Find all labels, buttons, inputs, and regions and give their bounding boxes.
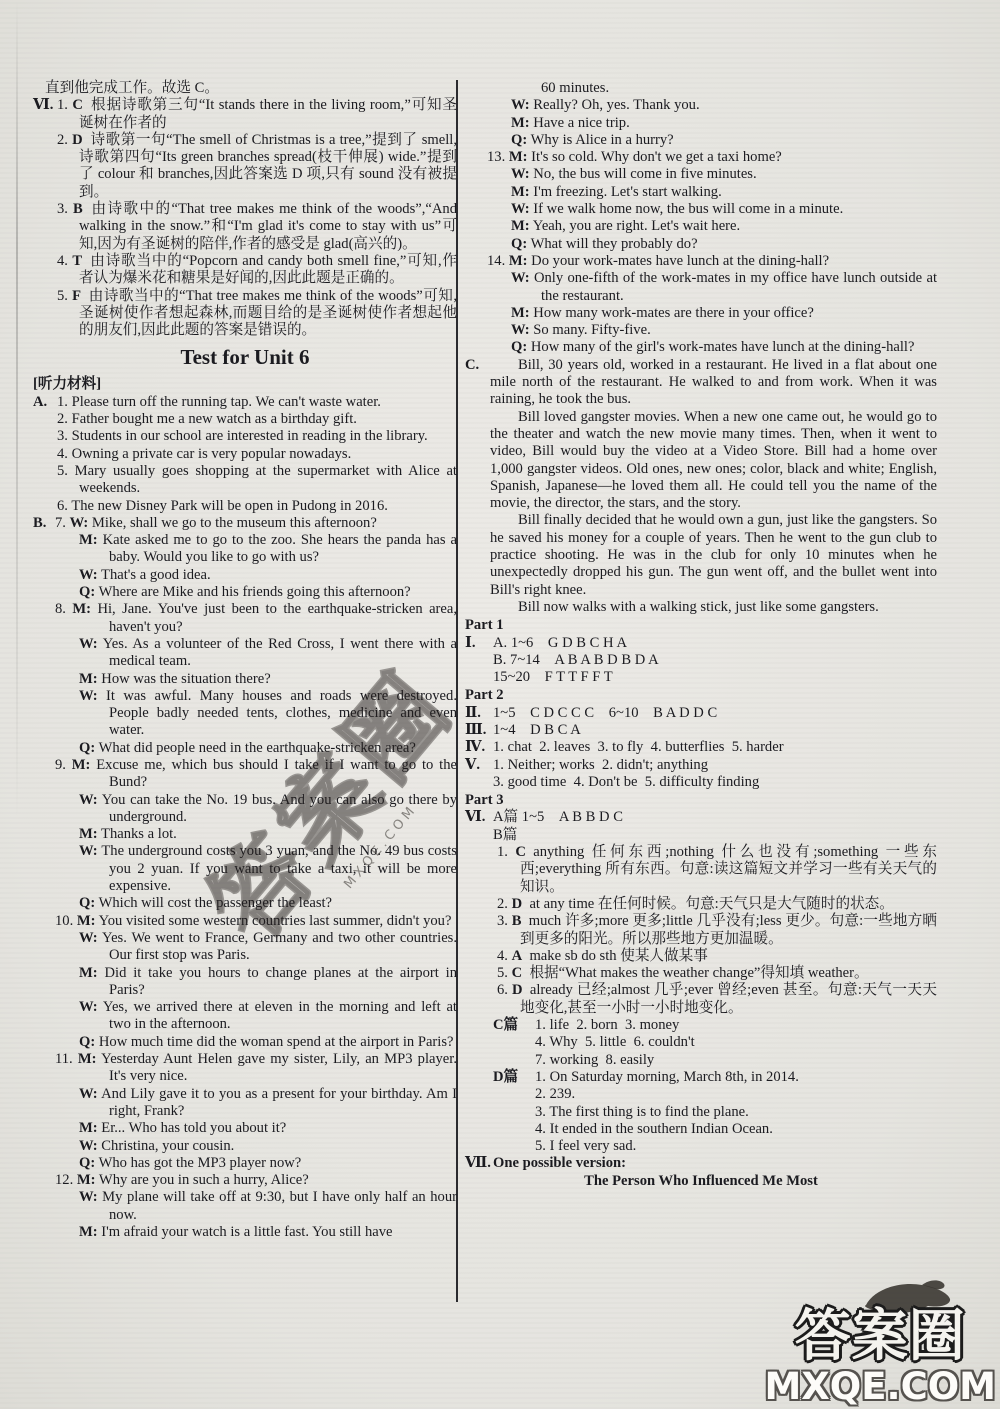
text-line: 6. D already 已经;almost 几乎;ever 曾经;even 甚…: [465, 982, 937, 1017]
text-line: B篇: [465, 827, 937, 844]
text-line: 2. D at any time 在任何时候。句意:天气只是大气随时的状态。: [465, 896, 937, 913]
list-marker: Ⅴ.: [465, 757, 480, 774]
text-line: M: I'm afraid your watch is a little fas…: [33, 1224, 457, 1241]
logo-site-name: 答案圈: [764, 1309, 996, 1365]
text-line: Part 1: [465, 617, 937, 634]
text-line: 5. F 由诗歌当中的“That tree makes me think of …: [33, 288, 457, 340]
text-line: Bill now walks with a walking stick, jus…: [465, 599, 937, 616]
answer-column-left: 直到他完成工作。故选 C。Ⅵ.1. C 根据诗歌第三句“It stands th…: [33, 80, 457, 1241]
text-line: W: Really? Oh, yes. Thank you.: [465, 97, 937, 114]
text-line: 3. Students in our school are interested…: [33, 428, 457, 445]
text-line: Ⅱ.1~5 C D C C C 6~10 B A D D C: [465, 705, 937, 722]
text-line: W: So many. Fifty-five.: [465, 322, 937, 339]
text-line: 60 minutes.: [465, 80, 937, 97]
text-line: Ⅰ.A. 1~6 G D B C H A: [465, 635, 937, 652]
list-marker: Ⅳ.: [465, 739, 485, 756]
list-marker: C.: [465, 357, 479, 374]
text-line: M: Have a nice trip.: [465, 115, 937, 132]
text-line: 14. M: Do your work-mates have lunch at …: [465, 253, 937, 270]
text-line: Ⅶ.One possible version:: [465, 1155, 937, 1172]
text-line: W: Yes. As a volunteer of the Red Cross,…: [33, 636, 457, 671]
text-line: 3. The first thing is to find the plane.: [465, 1104, 937, 1121]
text-line: M: How many work-mates are there in your…: [465, 305, 937, 322]
text-line: 4. A make sb do sth 使某人做某事: [465, 948, 937, 965]
text-line: 4. Why 5. little 6. couldn't: [465, 1034, 937, 1051]
text-line: Q: Why is Alice in a hurry?: [465, 132, 937, 149]
text-line: Q: Who has got the MP3 player now?: [33, 1155, 457, 1172]
text-line: W: It was awful. Many houses and roads w…: [33, 688, 457, 740]
text-line: M: Er... Who has told you about it?: [33, 1120, 457, 1137]
text-line: [听力材料]: [33, 376, 457, 393]
text-line: W: Yes. We went to France, Germany and t…: [33, 930, 457, 965]
text-line: Q: Where are Mike and his friends going …: [33, 584, 457, 601]
logo-domain: MXQE.COM: [764, 1368, 996, 1405]
site-logo: 答案圈 MXQE.COM: [764, 1309, 996, 1405]
text-line: W: No, the bus will come in five minutes…: [465, 166, 937, 183]
text-line: D篇1. On Saturday morning, March 8th, in …: [465, 1069, 937, 1086]
text-line: W: Yes, we arrived there at eleven in th…: [33, 999, 457, 1034]
text-line: Ⅵ.A篇 1~5 A B B D C: [465, 809, 937, 826]
text-line: Ⅵ.1. C 根据诗歌第三句“It stands there in the li…: [33, 97, 457, 132]
list-marker: D篇: [493, 1069, 518, 1086]
text-line: Q: How many of the girl's work-mates hav…: [465, 339, 937, 356]
text-line: W: Only one-fifth of the work-mates in m…: [465, 270, 937, 305]
text-line: 3. B 由诗歌中的“That tree makes me think of t…: [33, 201, 457, 253]
text-line: 8. M: Hi, Jane. You've just been to the …: [33, 601, 457, 636]
text-line: W: That's a good idea.: [33, 567, 457, 584]
text-line: Part 3: [465, 792, 937, 809]
text-line: C.Bill, 30 years old, worked in a restau…: [465, 357, 937, 409]
text-line: 直到他完成工作。故选 C。: [33, 80, 457, 97]
text-line: M: Yeah, you are right. Let's wait here.: [465, 218, 937, 235]
text-line: 4. T 由诗歌当中的“Popcorn and candy both smell…: [33, 253, 457, 288]
text-line: B. 7~14 A B A B D B D A: [465, 652, 937, 669]
text-line: 3. good time 4. Don't be 5. difficulty f…: [465, 774, 937, 791]
text-line: B.7. W: Mike, shall we go to the museum …: [33, 515, 457, 532]
text-line: W: You can take the No. 19 bus. And you …: [33, 792, 457, 827]
text-line: 5. I feel very sad.: [465, 1138, 937, 1155]
text-line: 5. Mary usually goes shopping at the sup…: [33, 463, 457, 498]
text-line: Bill loved gangster movies. When a new o…: [465, 409, 937, 513]
text-line: A.1. Please turn off the running tap. We…: [33, 394, 457, 411]
text-line: 6. The new Disney Park will be open in P…: [33, 498, 457, 515]
list-marker: Ⅵ.: [465, 809, 485, 826]
text-line: Ⅲ.1~4 D B C A: [465, 722, 937, 739]
list-marker: A.: [33, 394, 47, 411]
list-marker: Ⅰ.: [465, 635, 475, 652]
page-crease: [16, 0, 18, 820]
text-line: Ⅳ.1. chat 2. leaves 3. to fly 4. butterf…: [465, 739, 937, 756]
scanned-answer-page: 直到他完成工作。故选 C。Ⅵ.1. C 根据诗歌第三句“It stands th…: [0, 0, 1000, 1409]
text-line: Q: What did people need in the earthquak…: [33, 740, 457, 757]
text-line: Q: How much time did the woman spend at …: [33, 1034, 457, 1051]
text-line: W: If we walk home now, the bus will com…: [465, 201, 937, 218]
list-marker: C篇: [493, 1017, 518, 1034]
text-line: 4. It ended in the southern Indian Ocean…: [465, 1121, 937, 1138]
text-line: Q: What will they probably do?: [465, 236, 937, 253]
text-line: Ⅴ.1. Neither; works 2. didn't; anything: [465, 757, 937, 774]
text-line: W: The underground costs you 3 yuan, and…: [33, 843, 457, 895]
text-line: 2. D 诗歌第一句“The smell of Christmas is a t…: [33, 132, 457, 201]
text-line: 2. 239.: [465, 1086, 937, 1103]
answer-column-right: 60 minutes.W: Really? Oh, yes. Thank you…: [465, 80, 937, 1190]
list-marker: Ⅲ.: [465, 722, 486, 739]
text-line: 4. Owning a private car is very popular …: [33, 446, 457, 463]
text-line: Bill finally decided that he would own a…: [465, 512, 937, 598]
list-marker: Ⅶ.: [465, 1155, 491, 1172]
text-line: M: Thanks a lot.: [33, 826, 457, 843]
text-line: Part 2: [465, 687, 937, 704]
text-line: M: How was the situation there?: [33, 671, 457, 688]
text-line: M: Kate asked me to go to the zoo. She h…: [33, 532, 457, 567]
text-line: 2. Father bought me a new watch as a bir…: [33, 411, 457, 428]
list-marker: B.: [33, 515, 46, 532]
text-line: 12. M: Why are you in such a hurry, Alic…: [33, 1172, 457, 1189]
text-line: 1. C anything 任何东西;nothing 什么也没有;somethi…: [465, 844, 937, 896]
text-line: 10. M: You visited some western countrie…: [33, 913, 457, 930]
list-marker: Ⅵ.: [33, 97, 53, 114]
text-line: 3. B much 许多;more 更多;little 几乎没有;less 更少…: [465, 913, 937, 948]
text-line: 5. C 根据“What makes the weather change”得知…: [465, 965, 937, 982]
text-line: 9. M: Excuse me, which bus should I take…: [33, 757, 457, 792]
essay-title: The Person Who Influenced Me Most: [465, 1173, 937, 1190]
text-line: M: I'm freezing. Let's start walking.: [465, 184, 937, 201]
text-line: 15~20 F T T F F T: [465, 669, 937, 686]
text-line: W: Christina, your cousin.: [33, 1138, 457, 1155]
text-line: 7. working 8. easily: [465, 1052, 937, 1069]
text-line: W: And Lily gave it to you as a present …: [33, 1086, 457, 1121]
text-line: 13. M: It's so cold. Why don't we get a …: [465, 149, 937, 166]
text-line: M: Did it take you hours to change plane…: [33, 965, 457, 1000]
text-line: 11. M: Yesterday Aunt Helen gave my sist…: [33, 1051, 457, 1086]
text-line: C篇1. life 2. born 3. money: [465, 1017, 937, 1034]
text-line: Q: Which will cost the passenger the lea…: [33, 895, 457, 912]
list-marker: Ⅱ.: [465, 705, 481, 722]
section-heading: Test for Unit 6: [33, 339, 457, 375]
text-line: W: My plane will take off at 9:30, but I…: [33, 1189, 457, 1224]
